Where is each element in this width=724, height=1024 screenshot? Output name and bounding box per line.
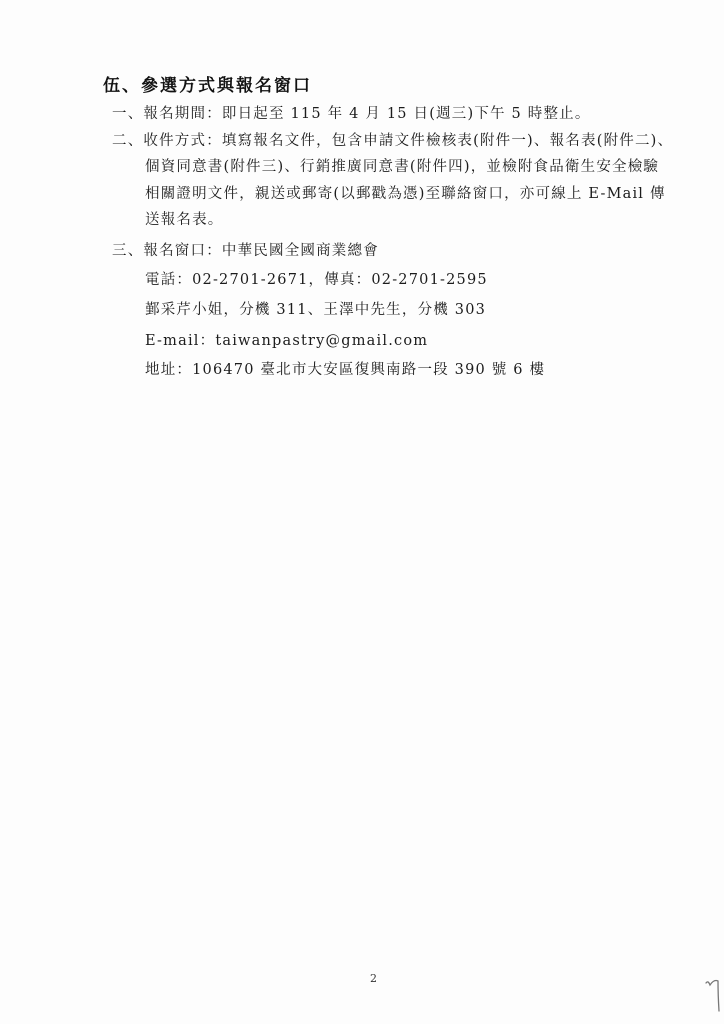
item-submission-method: 二、收件方式：填寫報名文件，包含申請文件檢核表(附件一)、報名表(附件二)、: [112, 131, 673, 151]
document-page: 伍、參選方式與報名窗口 一、報名期間：即日起至 115 年 4 月 15 日(週…: [0, 0, 724, 1024]
handwritten-mark-icon: [698, 975, 724, 1015]
item-registration-contact: 三、報名窗口：中華民國全國商業總會: [112, 241, 379, 261]
contact-phone-fax: 電話：02-2701-2671，傳真：02-2701-2595: [145, 270, 488, 290]
section-heading: 伍、參選方式與報名窗口: [103, 71, 312, 96]
item-submission-method-cont-3: 送報名表。: [145, 210, 224, 230]
contact-persons: 鄞采芹小姐，分機 311、王澤中先生，分機 303: [145, 300, 486, 320]
item-submission-method-cont-2: 相關證明文件，親送或郵寄(以郵戳為憑)至聯絡窗口，亦可線上 E-Mail 傳: [145, 184, 666, 204]
contact-address: 地址：106470 臺北市大安區復興南路一段 390 號 6 樓: [145, 360, 545, 380]
page-number: 2: [370, 972, 377, 985]
item-submission-method-cont-1: 個資同意書(附件三)、行銷推廣同意書(附件四)，並檢附食品衛生安全檢驗: [145, 157, 659, 177]
contact-email: E-mail：taiwanpastry@gmail.com: [145, 331, 428, 351]
item-registration-period: 一、報名期間：即日起至 115 年 4 月 15 日(週三)下午 5 時整止。: [112, 104, 591, 124]
